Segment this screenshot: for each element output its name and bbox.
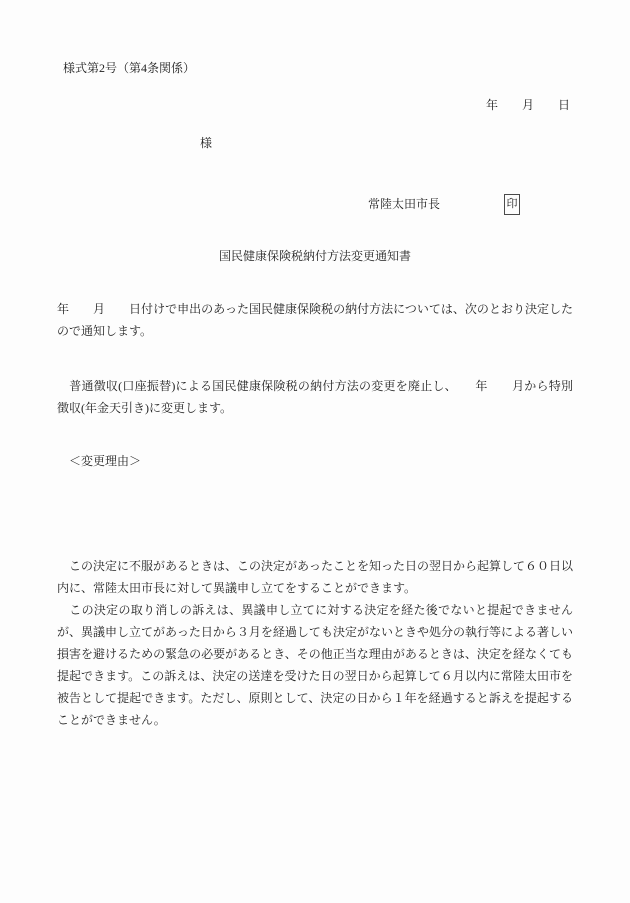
change-reason-label: ＜変更理由＞: [57, 450, 573, 472]
issuer-name: 常陸太田市長: [368, 193, 440, 215]
appeal-rights-paragraph-1: この決定に不服があるときは、この決定があったことを知った日の翌日から起算して６０…: [57, 555, 573, 599]
seal-placeholder-box: 印: [504, 194, 520, 215]
document-title: 国民健康保険税納付方法変更通知書: [57, 245, 573, 267]
date-line: 年 月 日: [57, 94, 573, 116]
decision-paragraph: 普通徴収(口座振替)による国民健康保険税の納付方法の変更を廃止し、 年 月から特…: [57, 375, 573, 419]
form-number: 様式第2号（第4条関係）: [63, 57, 573, 79]
issuer-line: 常陸太田市長 印: [368, 193, 573, 215]
seal-character: 印: [507, 199, 518, 210]
document-body: 様式第2号（第4条関係） 年 月 日 様 常陸太田市長 印 国民健康保険税納付方…: [0, 0, 630, 731]
document-page: 様式第2号（第4条関係） 年 月 日 様 常陸太田市長 印 国民健康保険税納付方…: [0, 0, 630, 903]
recipient-honorific: 様: [200, 136, 212, 150]
recipient-line: 様: [200, 132, 573, 154]
appeal-rights-paragraph-2: この決定の取り消しの訴えは、異議申し立てに対する決定を経た後でないと提起できませ…: [57, 599, 573, 731]
intro-paragraph: 年 月 日付けで申出のあった国民健康保険税の納付方法については、次のとおり決定し…: [57, 298, 573, 342]
